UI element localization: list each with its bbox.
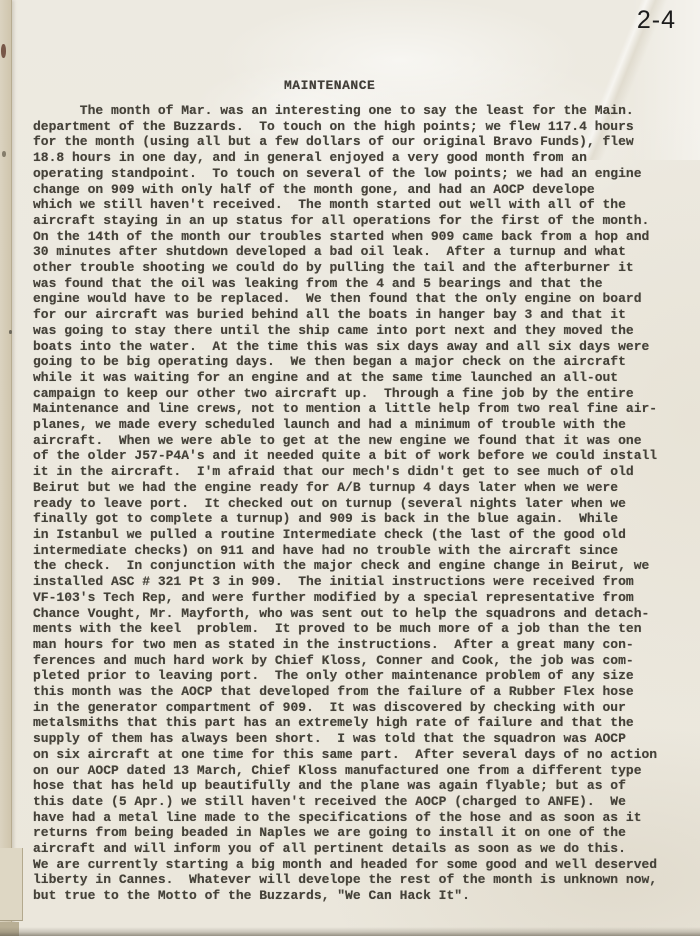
under-page-corner — [0, 848, 23, 921]
page-left-binding-edge — [0, 0, 12, 936]
bottom-edge-shadow — [0, 927, 700, 936]
page-title: MAINTENANCE — [284, 78, 375, 93]
paper-blemish — [2, 151, 6, 157]
page-number: 2-4 — [637, 6, 676, 35]
scanned-document-page: 2-4 MAINTENANCE The month of Mar. was an… — [0, 0, 700, 936]
document-body-text: The month of Mar. was an interesting one… — [33, 103, 673, 904]
paper-blemish — [1, 44, 6, 58]
paper-blemish — [9, 330, 12, 334]
